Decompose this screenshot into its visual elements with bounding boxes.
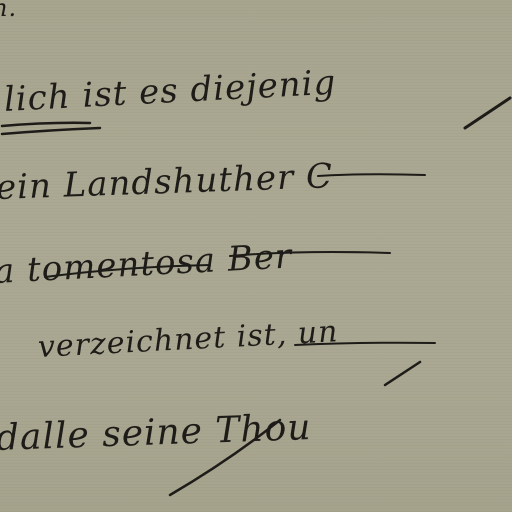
manuscript-line-1: n.	[0, 0, 17, 22]
manuscript-page: n. lich ist es diejenig ein Landshuther …	[0, 0, 512, 512]
